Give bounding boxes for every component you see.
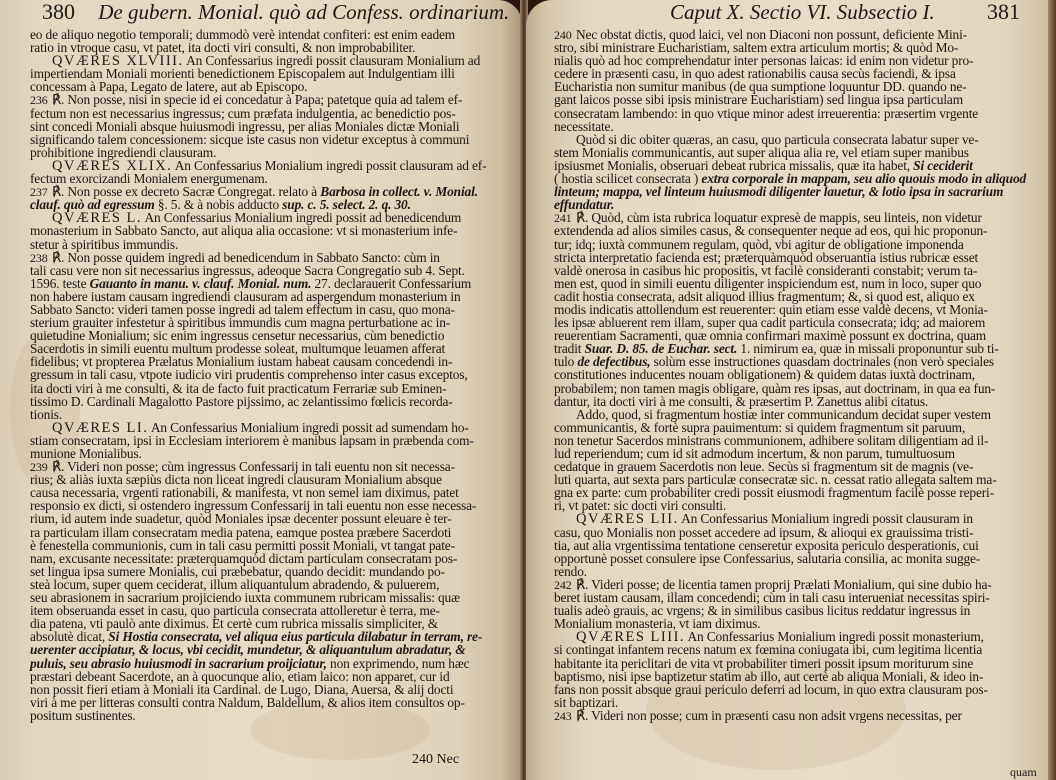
page-body-text: eo de aliquo negotio temporali; dummodò …	[30, 28, 498, 722]
left-page: 380 De gubern. Monial. quò ad Confess. o…	[0, 0, 522, 780]
text-line: tissimo D. Cardinali Magalotto Pastore p…	[30, 395, 498, 408]
running-head: 380 De gubern. Monial. quò ad Confess. o…	[42, 0, 509, 26]
book-spread: 380 De gubern. Monial. quò ad Confess. o…	[0, 0, 1056, 780]
text-line: 243℟. Videri non posse; cum in præsenti …	[554, 709, 1032, 722]
text-line: linteum; mappa, vel linteum huiusmodi di…	[554, 185, 1032, 198]
running-head: Caput X. Sectio VI. Subsectio I. 381	[530, 0, 1030, 26]
page-number: 380	[42, 0, 75, 24]
running-head-title: Caput X. Sectio VI. Subsectio I.	[670, 0, 935, 24]
text-run: tissimo D. Cardinali Magalotto Pastore p…	[30, 394, 453, 409]
text-line: fans non possit absque graui periculo de…	[554, 683, 1032, 696]
text-run: ℟. Videri non posse; cum in præsenti cas…	[576, 708, 962, 723]
right-page: Caput X. Sectio VI. Subsectio I. 381 240…	[526, 0, 1048, 780]
text-run: opportunè posset consulere ipse Confessa…	[554, 551, 980, 566]
text-run: fans non possit absque graui periculo de…	[554, 682, 988, 697]
text-line: consecratam lambendo: in quo vtique mino…	[554, 107, 1032, 120]
running-head-title: De gubern. Monial. quò ad Confess. ordin…	[98, 0, 509, 24]
text-run: positum sustinentes.	[30, 708, 136, 723]
italic-citation: linteum; mappa, vel linteum huiusmodi di…	[554, 184, 1003, 199]
book-edge	[1048, 0, 1056, 780]
text-line: positum sustinentes.	[30, 709, 498, 722]
text-line: opportunè posset consulere ipse Confessa…	[554, 552, 1032, 565]
catchword: 240 Nec	[412, 752, 459, 768]
catchword: quam	[1010, 765, 1037, 780]
text-run: consecratam lambendo: in quo vtique mino…	[554, 106, 978, 121]
page-number: 381	[987, 0, 1020, 24]
page-body-text: 240Nec obstat dictis, quod laici, vel no…	[554, 28, 1032, 722]
paragraph-number: 243	[554, 710, 574, 723]
